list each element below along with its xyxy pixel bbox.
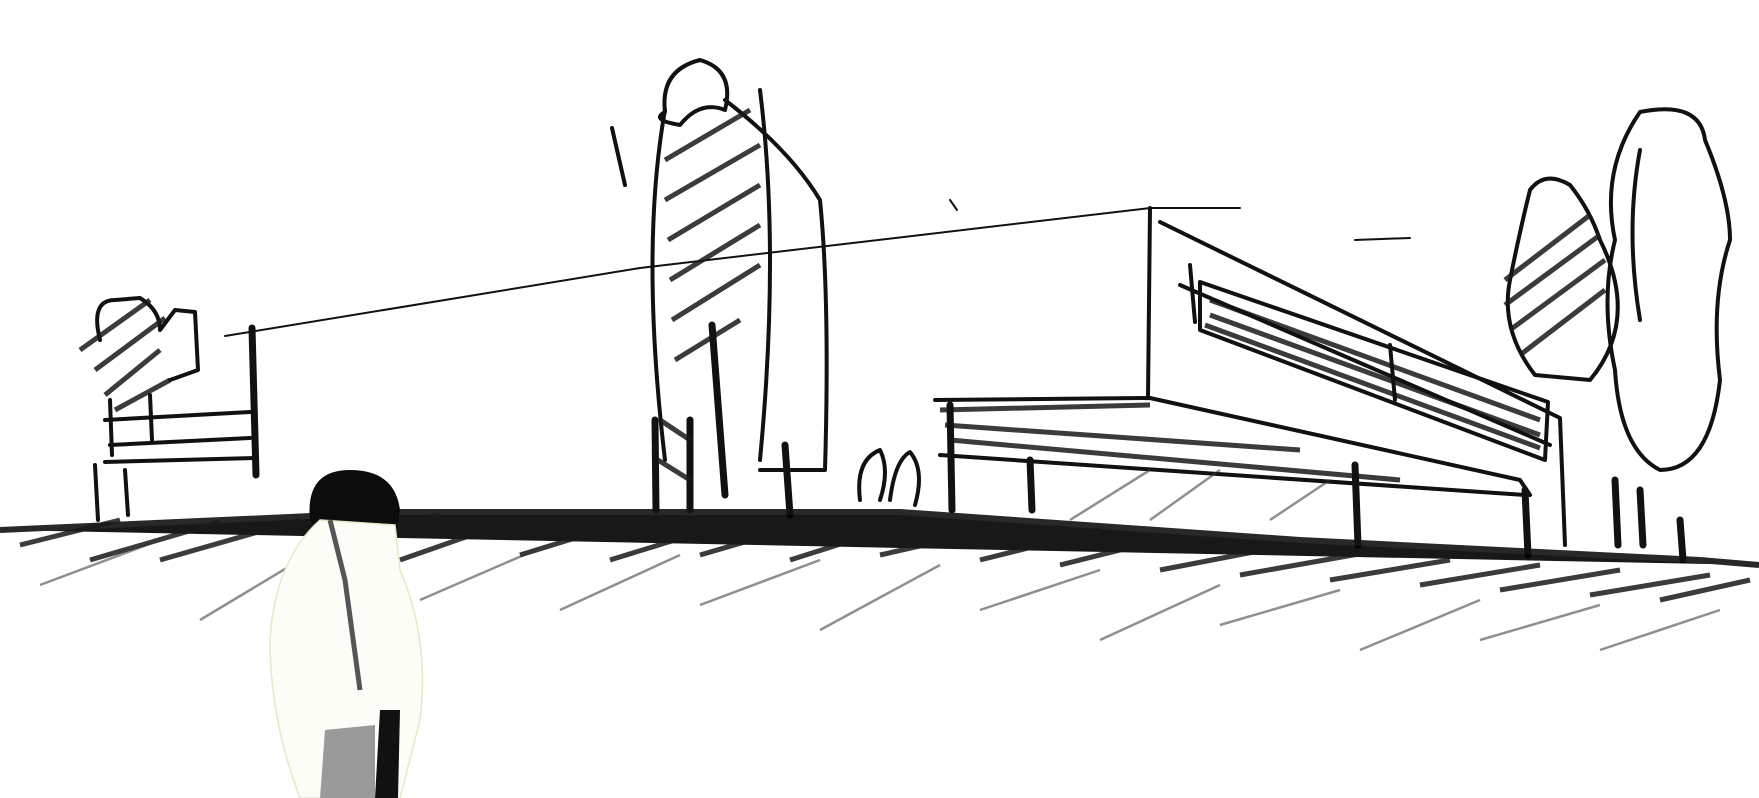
right-trees bbox=[1505, 109, 1730, 560]
left-tree bbox=[80, 298, 198, 455]
roof-line bbox=[225, 200, 1410, 336]
left-wall bbox=[95, 328, 256, 520]
ground bbox=[0, 512, 1759, 650]
center-tree bbox=[612, 60, 827, 515]
small-shrubs bbox=[859, 450, 919, 505]
architectural-sketch bbox=[0, 0, 1759, 798]
